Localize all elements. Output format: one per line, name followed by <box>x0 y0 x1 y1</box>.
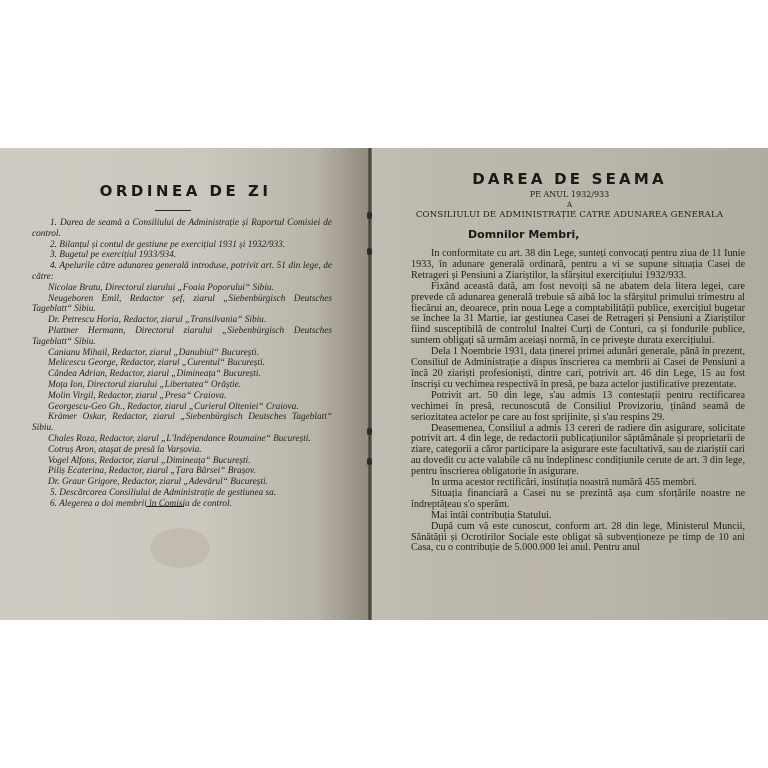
title-rule <box>155 210 191 211</box>
right-page: DAREA DE SEAMA PE ANUL 1932/933 A CONSIL… <box>371 148 768 620</box>
appellant-entry: Molin Virgil, Redactor, ziarul „Presa“ C… <box>32 391 332 402</box>
appellant-entry: Canianu Mihail, Redactor, ziarul „Danubi… <box>32 348 332 359</box>
left-page: ORDINEA DE ZI 1. Darea de seamă a Consil… <box>0 148 371 620</box>
agenda-list: 1. Darea de seamă a Consiliului de Admin… <box>32 218 332 510</box>
agenda-item: 6. Alegerea a doi membrii în Comisia de … <box>32 499 332 510</box>
report-paragraph: Deasemenea, Consiliul a admis 13 cereri … <box>411 424 745 479</box>
appellant-entry: Plattner Hermann, Directorul ziarului „S… <box>32 326 332 348</box>
agenda-title: ORDINEA DE ZI <box>0 182 371 200</box>
report-year: PE ANUL 1932/933 <box>371 190 768 199</box>
report-body: In conformitate cu art. 38 din Lege, sun… <box>411 249 745 554</box>
end-rule <box>146 506 184 507</box>
binding-stitch <box>367 248 372 255</box>
binding-stitch <box>367 428 372 435</box>
appellant-entry: Dr. Graur Grigore, Redactor, ziarul „Ade… <box>32 477 332 488</box>
paper-stain <box>150 528 210 568</box>
report-paragraph: Potrivit art. 50 din lege, s'au admis 13… <box>411 391 745 424</box>
binding-stitch <box>367 458 372 465</box>
binding-stitch <box>367 212 372 219</box>
report-paragraph: In conformitate cu art. 38 din Lege, sun… <box>411 249 745 282</box>
report-subtitle: CONSILIULUI DE ADMINISTRAȚIE CATRE ADUNA… <box>371 210 768 220</box>
open-booklet-spread: ORDINEA DE ZI 1. Darea de seamă a Consil… <box>0 148 768 620</box>
appellant-entry: Chales Roza, Redactor, ziarul „L'Indépen… <box>32 434 332 445</box>
report-title: DAREA DE SEAMA <box>371 170 768 188</box>
appellant-entry: Moța Ion, Directorul ziarului „Libertate… <box>32 380 332 391</box>
agenda-item: 4. Apelurile către adunarea generală int… <box>32 261 332 283</box>
appellant-entry: Cotruș Aron, atașat de presă la Varșovia… <box>32 445 332 456</box>
agenda-item: 1. Darea de seamă a Consiliului de Admin… <box>32 218 332 240</box>
appellant-entry: Melicescu George, Redactor, ziarul „Cure… <box>32 358 332 369</box>
agenda-item: 5. Descărcarea Consiliului de Administra… <box>32 488 332 499</box>
agenda-item: 2. Bilanțul și contul de gestiune pe exe… <box>32 240 332 251</box>
report-paragraph: Fixând această dată, am fost nevoiți să … <box>411 282 745 347</box>
appellant-entry: Georgescu-Geo Gh., Redactor, ziarul „Cur… <box>32 402 332 413</box>
appellant-entry: Piliș Ecaterina, Redactor, ziarul „Țara … <box>32 466 332 477</box>
report-paragraph: După cum vă este cunoscut, conform art. … <box>411 522 745 555</box>
agenda-item: 3. Bugetul pe exercițiul 1933/934. <box>32 250 332 261</box>
report-paragraph: Situația financiară a Casei nu se prezin… <box>411 489 745 511</box>
appellant-entry: Vogel Alfons, Redactor, ziarul „Dimineaț… <box>32 456 332 467</box>
report-connector: A <box>371 201 768 209</box>
report-paragraph: Dela 1 Noembrie 1931, data ținerei prime… <box>411 347 745 391</box>
appellant-entry: Nicolae Bratu, Directorul ziarului „Foai… <box>32 283 332 294</box>
appellant-entry: Cândea Adrian, Redactor, ziarul „Diminea… <box>32 369 332 380</box>
appellant-entry: Dr. Petrescu Horia, Redactor, ziarul „Tr… <box>32 315 332 326</box>
appellant-entry: Neugeboren Emil, Redactor șef, ziarul „S… <box>32 294 332 316</box>
appellant-entry: Krämer Oskar, Redactor, ziarul „Siebenbü… <box>32 412 332 434</box>
greeting: Domnilor Membri, <box>468 228 579 241</box>
